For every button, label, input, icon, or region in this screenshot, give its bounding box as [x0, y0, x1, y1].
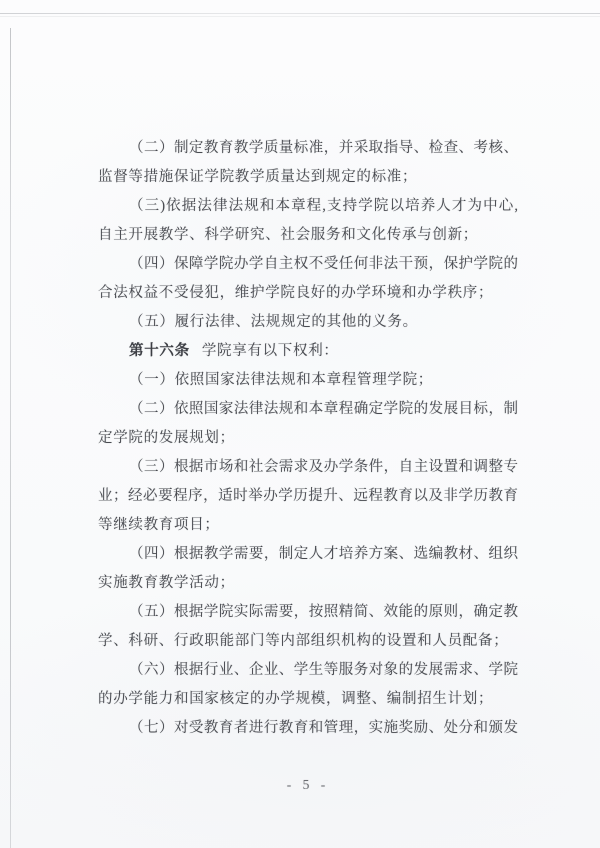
document-line: （二）依照国家法律法规和本章程确定学院的发展目标，制 [98, 395, 518, 424]
document-line: （五）履行法律、法规规定的其他的义务。 [98, 308, 518, 337]
document-line: （四）根据教学需要，制定人才培养方案、选编教材、组织 [98, 540, 518, 569]
document-line: （三）根据市场和社会需求及办学条件，自主设置和调整专 [98, 453, 518, 482]
article-text: 学院享有以下权利： [202, 343, 339, 359]
document-line: （一）依照国家法律法规和本章程管理学院； [98, 366, 518, 395]
paper-left-edge-line [10, 28, 11, 848]
paper-top-edge-line [0, 13, 600, 14]
document-line: （四）保障学院办学自主权不受任何非法干预，保护学院的 [98, 250, 518, 279]
document-line: 合法权益不受侵犯，维护学院良好的办学环境和办学秩序； [98, 279, 518, 308]
document-line: （二）制定教育教学质量标准，并采取指导、检查、考核、 [98, 134, 518, 163]
document-line: 学、科研、行政职能部门等内部组织机构的设置和人员配备； [98, 627, 518, 656]
document-line: （三)依据法律法规和本章程,支持学院以培养人才为中心, [98, 192, 518, 221]
document-line-article-16: 第十六条学院享有以下权利： [98, 337, 518, 366]
document-line: 业；经必要程序，适时举办学历提升、远程教育以及非学历教育 [98, 482, 518, 511]
document-body: （二）制定教育教学质量标准，并采取指导、检查、考核、 监督等措施保证学院教学质量… [98, 134, 518, 743]
document-line: （六）根据行业、企业、学生等服务对象的发展需求、学院 [98, 656, 518, 685]
document-line: 的办学能力和国家核定的办学规模，调整、编制招生计划； [98, 685, 518, 714]
document-line: （七）对受教育者进行教育和管理，实施奖励、处分和颁发 [98, 714, 518, 743]
document-line: 自主开展教学、科学研究、社会服务和文化传承与创新； [98, 221, 518, 250]
document-line: 实施教育教学活动； [98, 569, 518, 598]
document-line: 等继续教育项目； [98, 511, 518, 540]
document-line: （五）根据学院实际需要，按照精简、效能的原则，确定教 [98, 598, 518, 627]
document-line: 监督等措施保证学院教学质量达到规定的标准； [98, 163, 518, 192]
document-line: 定学院的发展规划； [98, 424, 518, 453]
page-number: - 5 - [98, 777, 518, 793]
paper-top-edge-line-2 [0, 16, 600, 17]
article-number: 第十六条 [129, 343, 190, 359]
